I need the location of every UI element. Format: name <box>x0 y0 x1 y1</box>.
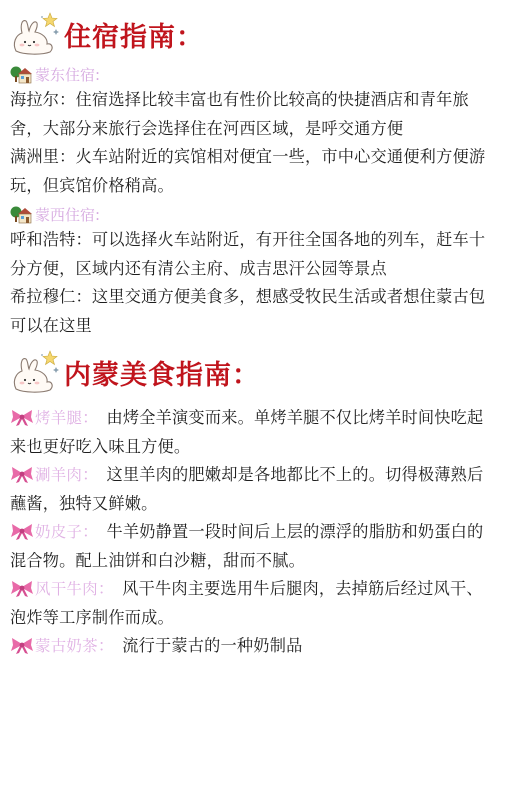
bunny-sparkle-icon <box>10 349 62 395</box>
lodging-paragraph-hailar: 海拉尔：住宿选择比较丰富也有性价比较高的快捷酒店和青年旅舍，大部分来旅行会选择住… <box>10 86 499 143</box>
ribbon-bow-icon <box>10 579 34 597</box>
guide-page: 住宿指南： 蒙东住宿: 海拉尔：住宿选择比较丰富也有性价比较高的快捷酒店和青年旅… <box>0 0 507 661</box>
food-name: 蒙古奶茶 <box>35 637 98 655</box>
food-section-title: 内蒙美食指南： <box>10 346 499 398</box>
ribbon-bow-icon <box>10 408 34 426</box>
lodging-title: 住宿指南： <box>64 15 204 54</box>
food-name: 涮羊肉 <box>35 466 82 484</box>
ribbon-bow-icon <box>10 636 34 654</box>
food-item-dried-beef: 风干牛肉：风干牛肉主要选用牛后腿肉，去掉筋后经过风干、泡炸等工序制作而成。 <box>10 575 499 632</box>
food-item-mongolian-milk-tea: 蒙古奶茶：流行于蒙古的一种奶制品 <box>10 632 499 661</box>
ribbon-bow-icon <box>10 522 34 540</box>
east-lodging-heading: 蒙东住宿: <box>10 62 499 86</box>
food-name: 烤羊腿 <box>35 409 82 427</box>
food-item-instant-boiled-mutton: 涮羊肉：这里羊肉的肥嫩却是各地都比不上的。切得极薄熟后蘸酱，独特又鲜嫩。 <box>10 461 499 518</box>
west-lodging-heading: 蒙西住宿: <box>10 202 499 226</box>
bunny-sparkle-icon <box>10 11 62 57</box>
house-with-tree-icon <box>10 204 32 224</box>
food-item-milk-skin: 奶皮子：牛羊奶静置一段时间后上层的漂浮的脂肪和奶蛋白的混合物。配上油饼和白沙糖，… <box>10 518 499 575</box>
food-title: 内蒙美食指南： <box>64 353 260 392</box>
food-description: 流行于蒙古的一种奶制品 <box>122 636 302 655</box>
ribbon-bow-icon <box>10 465 34 483</box>
west-lodging-heading-text: 蒙西住宿: <box>35 204 100 225</box>
east-lodging-heading-text: 蒙东住宿: <box>35 64 100 85</box>
lodging-section-title: 住宿指南： <box>10 8 499 60</box>
food-name: 奶皮子 <box>35 523 82 541</box>
lodging-paragraph-hohhot: 呼和浩特：可以选择火车站附近，有开往全国各地的列车，赶车十分方便，区域内还有清公… <box>10 226 499 283</box>
lodging-paragraph-manzhouli: 满洲里：火车站附近的宾馆相对便宜一些，市中心交通便利方便游玩，但宾馆价格稍高。 <box>10 143 499 200</box>
food-name: 风干牛肉 <box>35 580 98 598</box>
food-item-roast-lamb-leg: 烤羊腿：由烤全羊演变而来。单烤羊腿不仅比烤羊时间快吃起来也更好吃入味且方便。 <box>10 404 499 461</box>
house-with-tree-icon <box>10 64 32 84</box>
lodging-paragraph-xilamuren: 希拉穆仁：这里交通方便美食多，想感受牧民生活或者想住蒙古包可以在这里 <box>10 283 499 340</box>
